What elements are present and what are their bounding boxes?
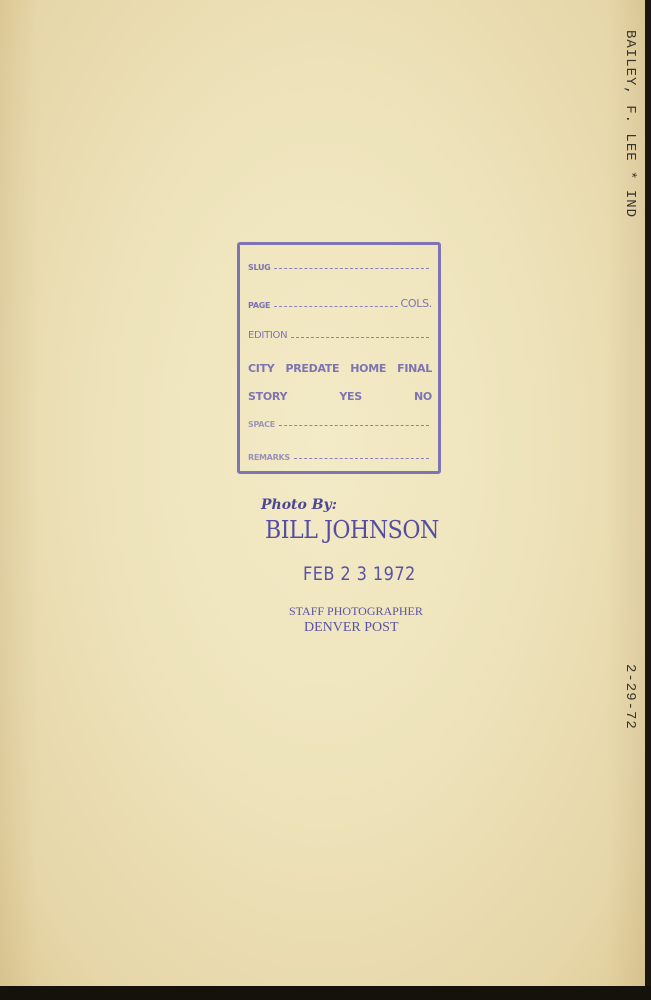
staff-title: STAFF PHOTOGRAPHER (289, 604, 423, 619)
space-line (279, 424, 429, 426)
scan-edge-right (645, 0, 651, 1000)
photo-by-label: Photo By: (261, 497, 337, 513)
publication-name: DENVER POST (304, 620, 399, 636)
slug-stamp-box: SLUG PAGE COLS. EDITION CITY PREDATE HOM… (237, 242, 441, 474)
subject-typed-label: BAILEY, F. LEE * IND (622, 30, 638, 218)
story-label: STORY (248, 390, 287, 403)
edition-option-predate: PREDATE (285, 362, 339, 375)
scan-edge-bottom (0, 986, 651, 1000)
date-typed-label: 2-29-72 (622, 664, 638, 730)
edition-option-home: HOME (350, 362, 386, 375)
slug-row: SLUG (248, 263, 432, 272)
edition-row: EDITION (248, 330, 432, 341)
slug-line (274, 267, 429, 269)
edition-label: EDITION (248, 330, 287, 341)
page-row: PAGE COLS. (248, 297, 432, 310)
edition-line (291, 336, 429, 338)
photographer-name: BILL JOHNSON (265, 516, 439, 544)
date-stamp: FEB 2 3 1972 (303, 563, 416, 585)
story-yes: YES (339, 390, 362, 403)
remarks-line (294, 457, 429, 459)
slug-label: SLUG (248, 263, 270, 272)
story-row: STORY YES NO (248, 390, 432, 403)
edition-options-row: CITY PREDATE HOME FINAL (248, 362, 432, 375)
photo-back-paper: SLUG PAGE COLS. EDITION CITY PREDATE HOM… (0, 0, 645, 987)
page-label: PAGE (248, 301, 270, 310)
space-row: SPACE (248, 420, 432, 429)
remarks-label: REMARKS (248, 453, 290, 462)
edition-option-final: FINAL (397, 362, 432, 375)
cols-label: COLS. (401, 297, 432, 310)
edition-option-city: CITY (248, 362, 274, 375)
remarks-row: REMARKS (248, 453, 432, 462)
page-line (274, 305, 397, 307)
space-label: SPACE (248, 420, 275, 429)
story-no: NO (414, 390, 432, 403)
